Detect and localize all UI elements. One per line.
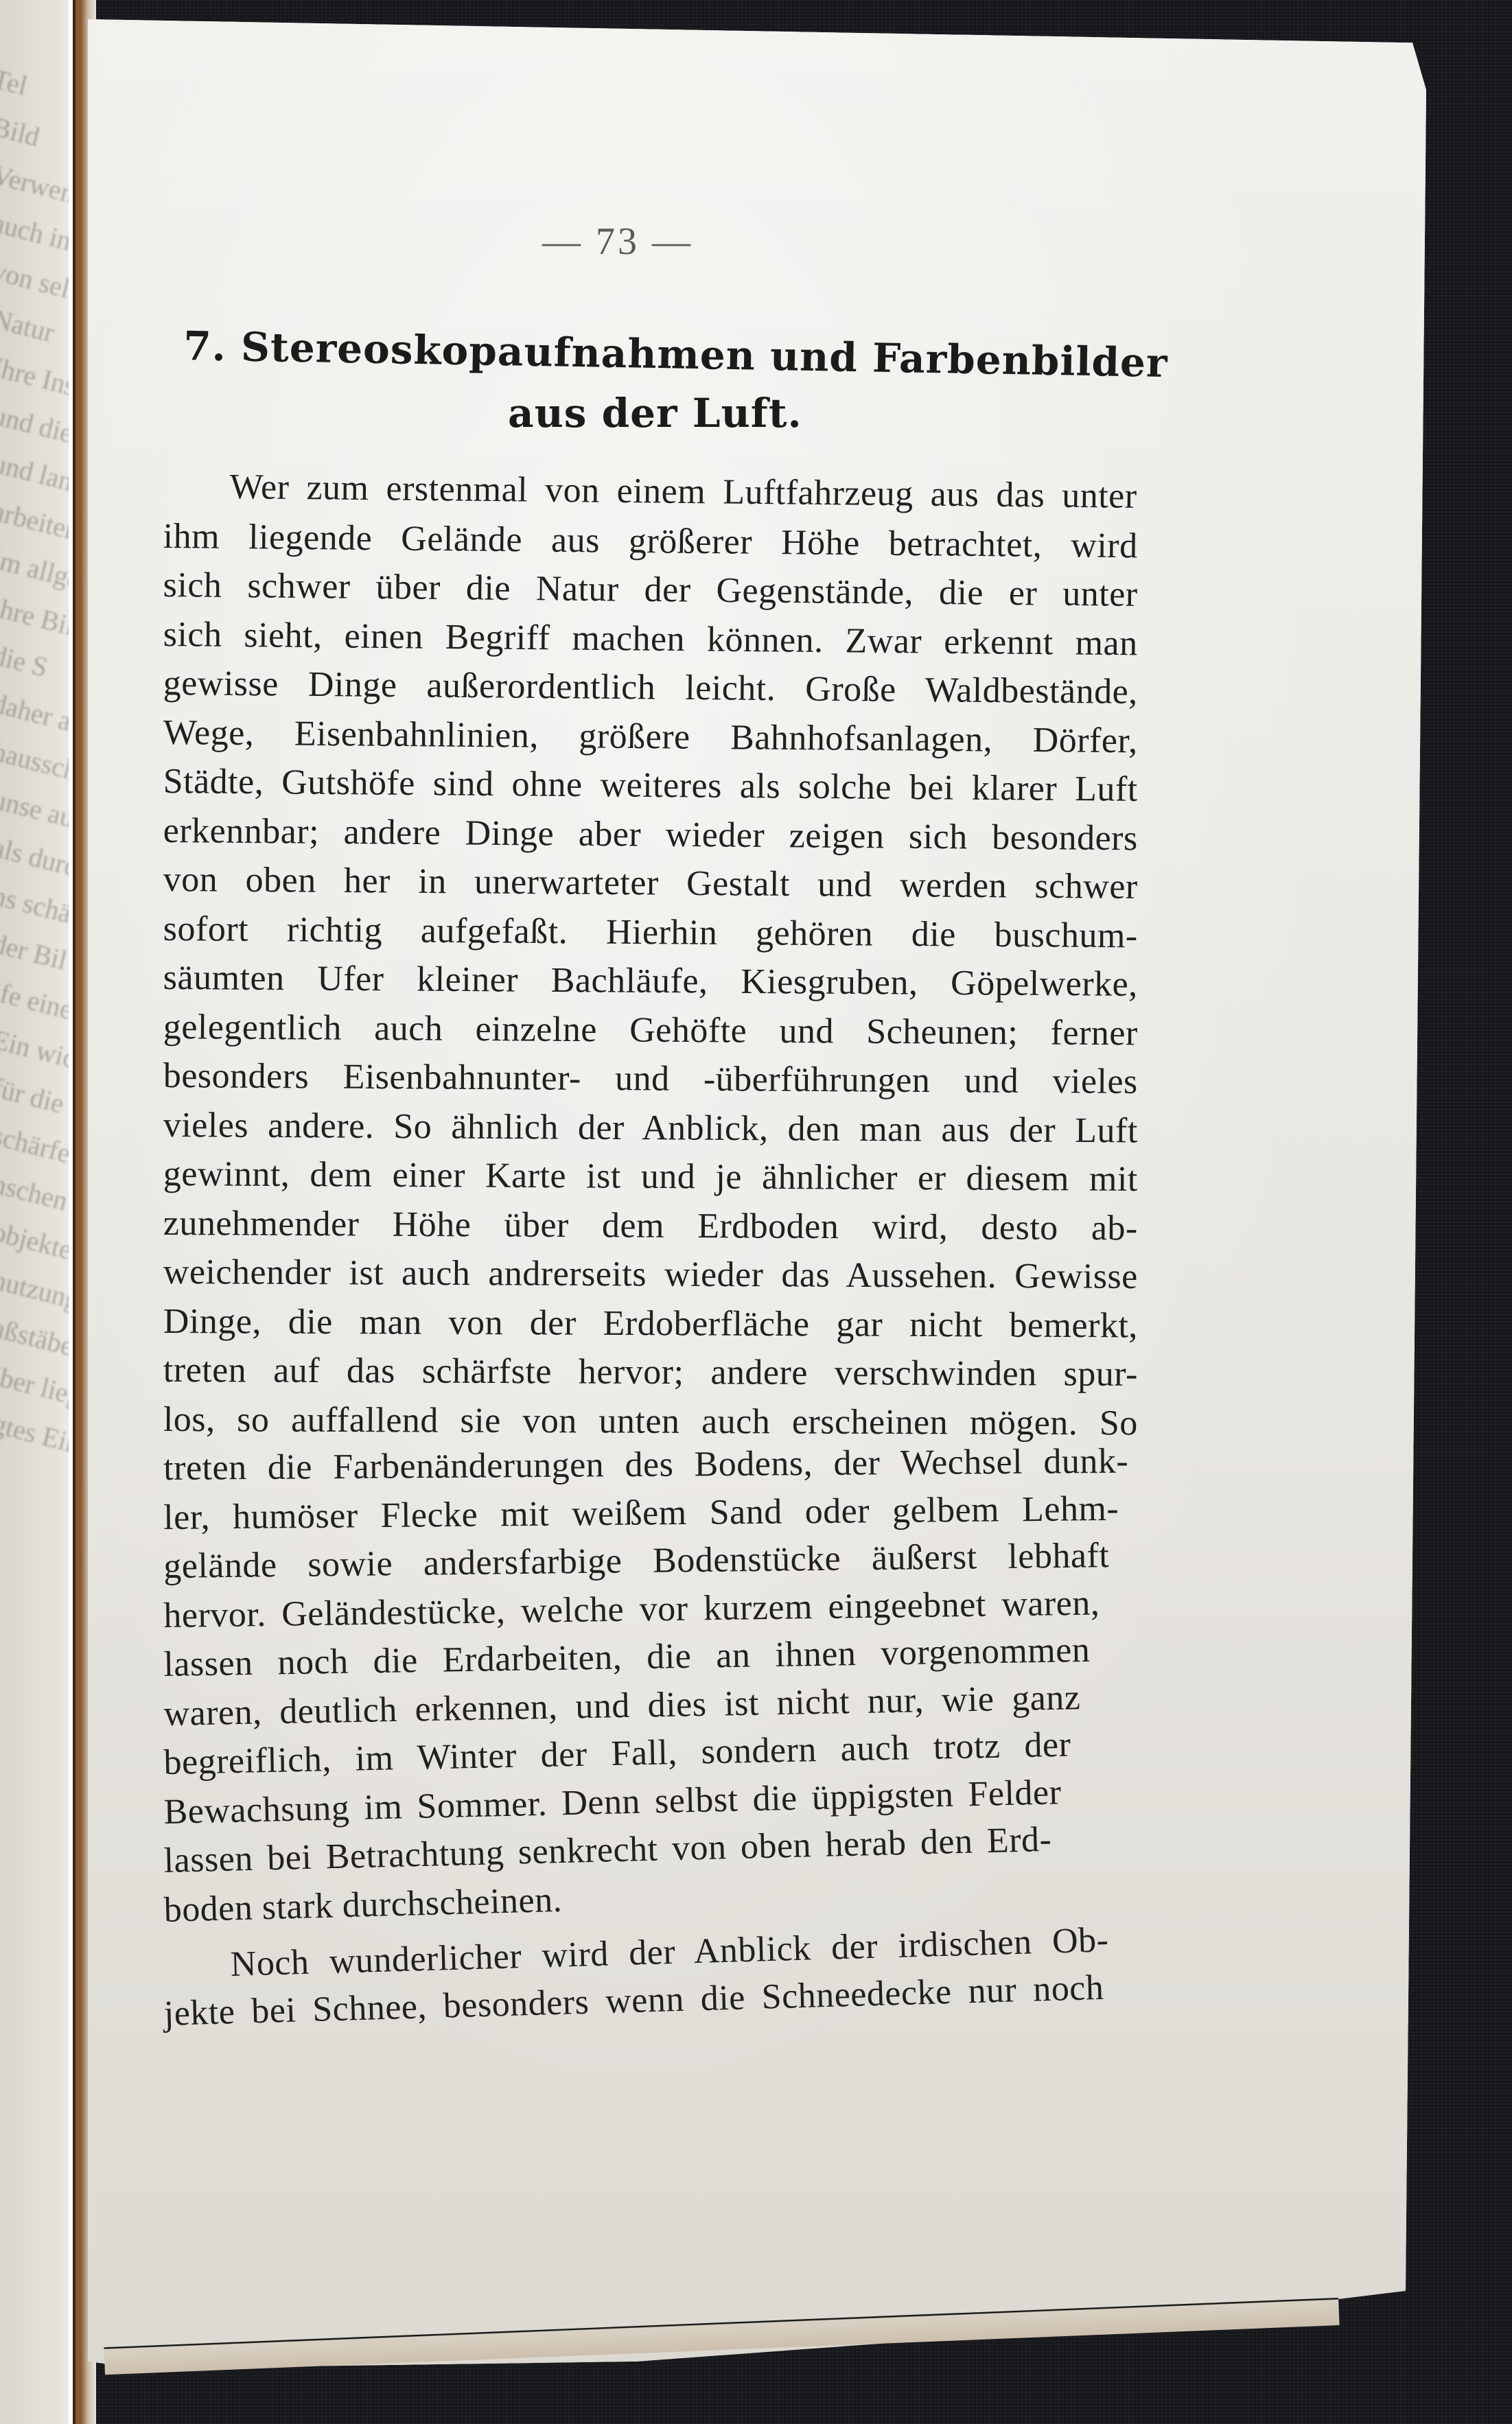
- text-line: von oben her in unerwarteter Gestalt und…: [163, 859, 1138, 907]
- text-line: gelegentlich auch einzelne Gehöfte und S…: [163, 1007, 1138, 1053]
- text-line: Städte, Gutshöfe sind ohne weiteres als …: [163, 761, 1138, 810]
- text-line: ler, humöser Flecke mit weißem Sand oder…: [163, 1488, 1119, 1537]
- text-line: sich schwer über die Natur der Gegenstän…: [163, 565, 1138, 615]
- chapter-heading-line-2: aus der Luft.: [508, 390, 802, 436]
- text-line: zunehmender Höhe über dem Erdboden wird,…: [163, 1203, 1138, 1248]
- text-line: waren, deutlich erkennen, und dies ist n…: [163, 1677, 1081, 1734]
- heading-text: 7. Stereoskopaufnahmen und Farbenbilder: [183, 323, 1168, 386]
- text-line: treten die Farbenänderungen des Bodens, …: [163, 1441, 1128, 1489]
- page-number: — 73 —: [542, 220, 693, 264]
- text-line: gelände sowie andersfarbige Bodenstücke …: [163, 1535, 1110, 1587]
- text-line: sich sieht, einen Begriff machen können.…: [163, 614, 1137, 664]
- text-line: ihm liegende Gelände aus größerer Höhe b…: [163, 516, 1138, 566]
- text-line: los, so auffallend sie von unten auch er…: [163, 1399, 1138, 1443]
- text-line: Wege, Eisenbahnlinien, größere Bahnhofsa…: [163, 712, 1137, 761]
- chapter-heading-line-1: 7. Stereoskopaufnahmen und Farbenbilder: [183, 323, 1168, 386]
- text-line: hervor. Geländestücke, welche vor kurzem…: [163, 1583, 1100, 1636]
- text-line: säumten Ufer kleiner Bachläufe, Kiesgrub…: [163, 957, 1138, 1005]
- text-line: erkennbar; andere Dinge aber wieder zeig…: [163, 811, 1138, 859]
- text-line: vieles andere. So ähnlich der Anblick, d…: [163, 1105, 1138, 1151]
- text-line: gewisse Dinge außerordentlich leicht. Gr…: [163, 663, 1137, 712]
- text-line: sofort richtig aufgefaßt. Hierhin gehöre…: [163, 909, 1138, 956]
- text-line: begreiflich, im Winter der Fall, sondern…: [163, 1725, 1071, 1783]
- text-line: treten auf das schärfste hervor; andere …: [163, 1350, 1138, 1395]
- text-line: weichender ist auch andrerseits wieder d…: [163, 1252, 1138, 1297]
- text-line: Dinge, die man von der Erdoberfläche gar…: [163, 1301, 1138, 1346]
- text-line: Wer zum erstenmal von einem Luftfahrzeug…: [229, 467, 1137, 517]
- text-line: gewinnt, dem einer Karte ist und je ähnl…: [163, 1154, 1138, 1200]
- heading-text: aus der Luft.: [508, 390, 802, 436]
- text-line: besonders Eisenbahnunter- und -überführu…: [163, 1056, 1138, 1102]
- page-text: — 73 — 7. Stereoskopaufnahmen und Farben…: [0, 0, 1512, 2424]
- text-line: lassen noch die Erdarbeiten, die an ihne…: [163, 1630, 1091, 1685]
